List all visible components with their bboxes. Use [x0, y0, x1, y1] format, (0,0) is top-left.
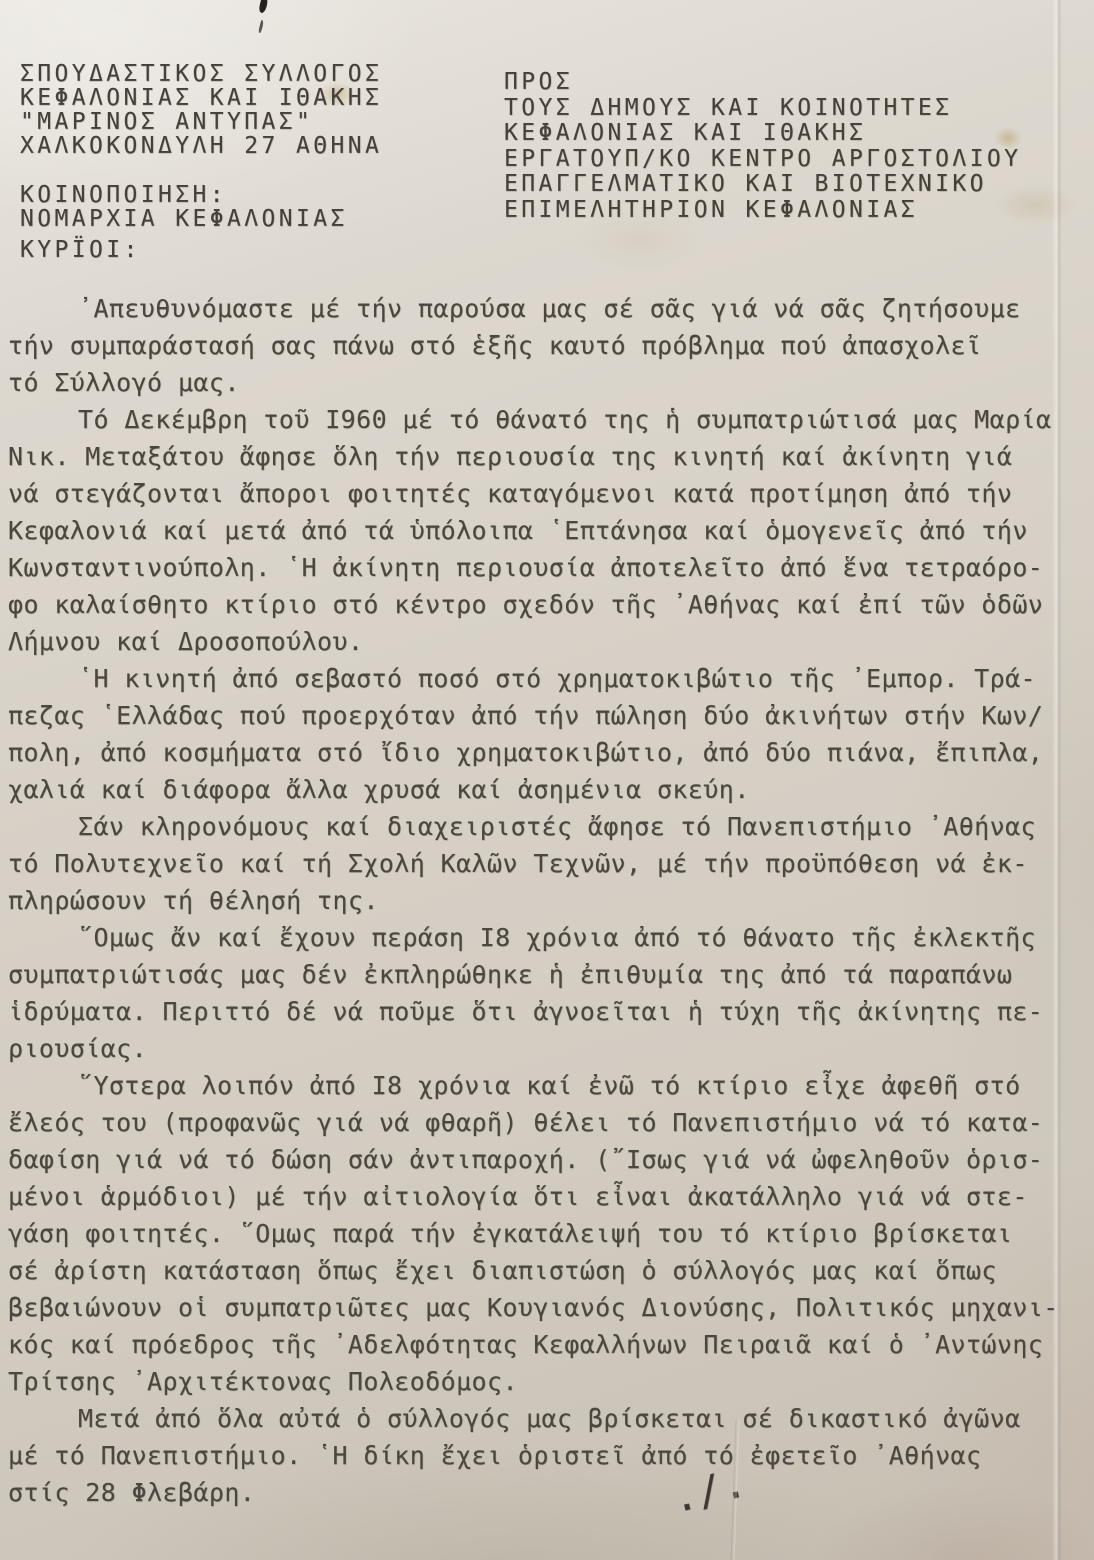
- text-line: ΚΕΦΑΛΟΝΙΑΣ ΚΑΙ ΙΘΑΚΗΣ: [20, 86, 382, 110]
- text-line: ΚΕΦΑΛΟΝΙΑΣ ΚΑΙ ΙΘΑΚΗΣ: [504, 121, 1021, 147]
- letter-page: ΣΠΟΥΔΑΣΤΙΚΟΣ ΣΥΛΛΟΓΟΣΚΕΦΑΛΟΝΙΑΣ ΚΑΙ ΙΘΑΚ…: [0, 0, 1094, 1560]
- text-line: ῾Η κινητή ἀπό σεβαστό ποσό στό χρηματοκι…: [8, 660, 1082, 697]
- letter-body: ᾿Απευθυνόμαστε μέ τήν παρούσα μας σέ σᾶς…: [8, 290, 1082, 1511]
- paragraph: ῞Ομως ἄν καί ἔχουν περάση Ι8 χρόνια ἀπό …: [8, 919, 1082, 1067]
- text-line: χαλιά καί διάφορα ἄλλα χρυσά καί ἀσημένι…: [8, 771, 1082, 808]
- text-line: ἱδρύματα. Περιττό δέ νά ποῦμε ὅτι ἀγνοεῖ…: [8, 993, 1082, 1030]
- salutation: ΚΥΡΪΟΙ:: [20, 237, 141, 263]
- text-line: τήν συμπαράστασή σας πάνω στό ἑξῆς καυτό…: [8, 327, 1082, 364]
- text-line: Κωνσταντινούπολη. ῾Η ἀκίνητη περιουσία ἀ…: [8, 549, 1082, 586]
- text-line: μένοι ἁρμόδιοι) μέ τήν αἰτιολογία ὅτι εἶ…: [8, 1178, 1082, 1215]
- text-line: ἔλεός του (προφανῶς γιά νά φθαρῆ) θέλει …: [8, 1104, 1082, 1141]
- text-line: πολη, ἀπό κοσμήματα στό ἴδιο χρηματοκιβώ…: [8, 734, 1082, 771]
- text-line: ΕΠΑΓΓΕΛΜΑΤΙΚΟ ΚΑΙ ΒΙΟΤΕΧΝΙΚΟ: [504, 172, 1021, 198]
- text-line: ᾿Απευθυνόμαστε μέ τήν παρούσα μας σέ σᾶς…: [8, 290, 1082, 327]
- text-line: ΠΡΟΣ: [504, 70, 1021, 96]
- text-line: Τρίτσης ᾿Αρχιτέκτονας Πολεοδόμος.: [8, 1363, 1082, 1400]
- text-line: ΧΑΛΚΟΚΟΝΔΥΛΗ 27 ΑΘΗΝΑ: [20, 134, 382, 158]
- recipient-address-block: ΠΡΟΣΤΟΥΣ ΔΗΜΟΥΣ ΚΑΙ ΚΟΙΝΟΤΗΤΕΣΚΕΦΑΛΟΝΙΑΣ…: [504, 70, 1021, 223]
- text-line: Νικ. Μεταξάτου ἄφησε ὅλη τήν περιουσία τ…: [8, 438, 1082, 475]
- sender-address-block: ΣΠΟΥΔΑΣΤΙΚΟΣ ΣΥΛΛΟΓΟΣΚΕΦΑΛΟΝΙΑΣ ΚΑΙ ΙΘΑΚ…: [20, 62, 382, 158]
- paragraph: Σάν κληρονόμους καί διαχειριστές ἄφησε τ…: [8, 808, 1082, 919]
- text-line: μέ τό Πανεπιστήμιο. ῾Η δίκη ἔχει ὁριστεῖ…: [8, 1437, 1082, 1474]
- text-line: Σάν κληρονόμους καί διαχειριστές ἄφησε τ…: [8, 808, 1082, 845]
- text-line: Λήμνου καί Δροσοπούλου.: [8, 623, 1082, 660]
- paragraph: ᾿Απευθυνόμαστε μέ τήν παρούσα μας σέ σᾶς…: [8, 290, 1082, 401]
- text-line: κός καί πρόεδρος τῆς ᾿Αδελφότητας Κεφαλλ…: [8, 1326, 1082, 1363]
- text-line: ΤΟΥΣ ΔΗΜΟΥΣ ΚΑΙ ΚΟΙΝΟΤΗΤΕΣ: [504, 96, 1021, 122]
- text-line: δαφίση γιά νά τό δώση σάν ἀντιπαροχή. (῎…: [8, 1141, 1082, 1178]
- text-line: σέ ἀρίστη κατάσταση ὅπως ἔχει διαπιστώση…: [8, 1252, 1082, 1289]
- paragraph: ῞Υστερα λοιπόν ἀπό Ι8 χρόνια καί ἐνῶ τό …: [8, 1067, 1082, 1400]
- text-line: Τό Δεκέμβρη τοῦ Ι960 μέ τό θάνατό της ἡ …: [8, 401, 1082, 438]
- text-line: ΕΠΙΜΕΛΗΤΗΡΙΟΝ ΚΕΦΑΛΟΝΙΑΣ: [504, 198, 1021, 224]
- text-line: τό Πολυτεχνεῖο καί τή Σχολή Καλῶν Τεχνῶν…: [8, 845, 1082, 882]
- text-line: φο καλαίσθητο κτίριο στό κέντρο σχεδόν τ…: [8, 586, 1082, 623]
- text-line: στίς 28 Φλεβάρη.: [8, 1474, 1082, 1511]
- text-line: ριουσίας.: [8, 1030, 1082, 1067]
- text-line: πληρώσουν τή θέλησή της.: [8, 882, 1082, 919]
- text-line: Κεφαλονιά καί μετά ἀπό τά ὑπόλοιπα ῾Επτά…: [8, 512, 1082, 549]
- paragraph: Μετά ἀπό ὅλα αὐτά ὁ σύλλογός μας βρίσκετ…: [8, 1400, 1082, 1511]
- text-line: ΣΠΟΥΔΑΣΤΙΚΟΣ ΣΥΛΛΟΓΟΣ: [20, 62, 382, 86]
- text-line: "ΜΑΡΙΝΟΣ ΑΝΤΥΠΑΣ": [20, 110, 382, 134]
- text-line: ΚΟΙΝΟΠΟΙΗΣΗ:: [20, 183, 348, 207]
- paragraph: Τό Δεκέμβρη τοῦ Ι960 μέ τό θάνατό της ἡ …: [8, 401, 1082, 660]
- text-line: ΝΟΜΑΡΧΙΑ ΚΕΦΑΛΟΝΙΑΣ: [20, 207, 348, 231]
- text-line: Μετά ἀπό ὅλα αὐτά ὁ σύλλογός μας βρίσκετ…: [8, 1400, 1082, 1437]
- text-line: γάση φοιτητές. ῞Ομως παρά τήν ἐγκατάλειψ…: [8, 1215, 1082, 1252]
- text-line: ΕΡΓΑΤΟΥΠ/ΚΟ ΚΕΝΤΡΟ ΑΡΓΟΣΤΟΛΙΟΥ: [504, 147, 1021, 173]
- ink-smudge-mark: [258, 0, 269, 14]
- text-line: ῞Ομως ἄν καί ἔχουν περάση Ι8 χρόνια ἀπό …: [8, 919, 1082, 956]
- text-line: ῞Υστερα λοιπόν ἀπό Ι8 χρόνια καί ἐνῶ τό …: [8, 1067, 1082, 1104]
- text-line: βεβαιώνουν οἱ συμπατριῶτες μας Κουγιανός…: [8, 1289, 1082, 1326]
- text-line: νά στεγάζονται ἄποροι φοιτητές καταγόμεν…: [8, 475, 1082, 512]
- cc-block: ΚΟΙΝΟΠΟΙΗΣΗ:ΝΟΜΑΡΧΙΑ ΚΕΦΑΛΟΝΙΑΣ: [20, 183, 348, 231]
- text-line: τό Σύλλογό μας.: [8, 364, 1082, 401]
- paragraph: ῾Η κινητή ἀπό σεβαστό ποσό στό χρηματοκι…: [8, 660, 1082, 808]
- text-line: πεζας ῾Ελλάδας πού προερχόταν ἀπό τήν πώ…: [8, 697, 1082, 734]
- text-line: συμπατριώτισάς μας δέν ἐκπληρώθηκε ἡ ἐπι…: [8, 956, 1082, 993]
